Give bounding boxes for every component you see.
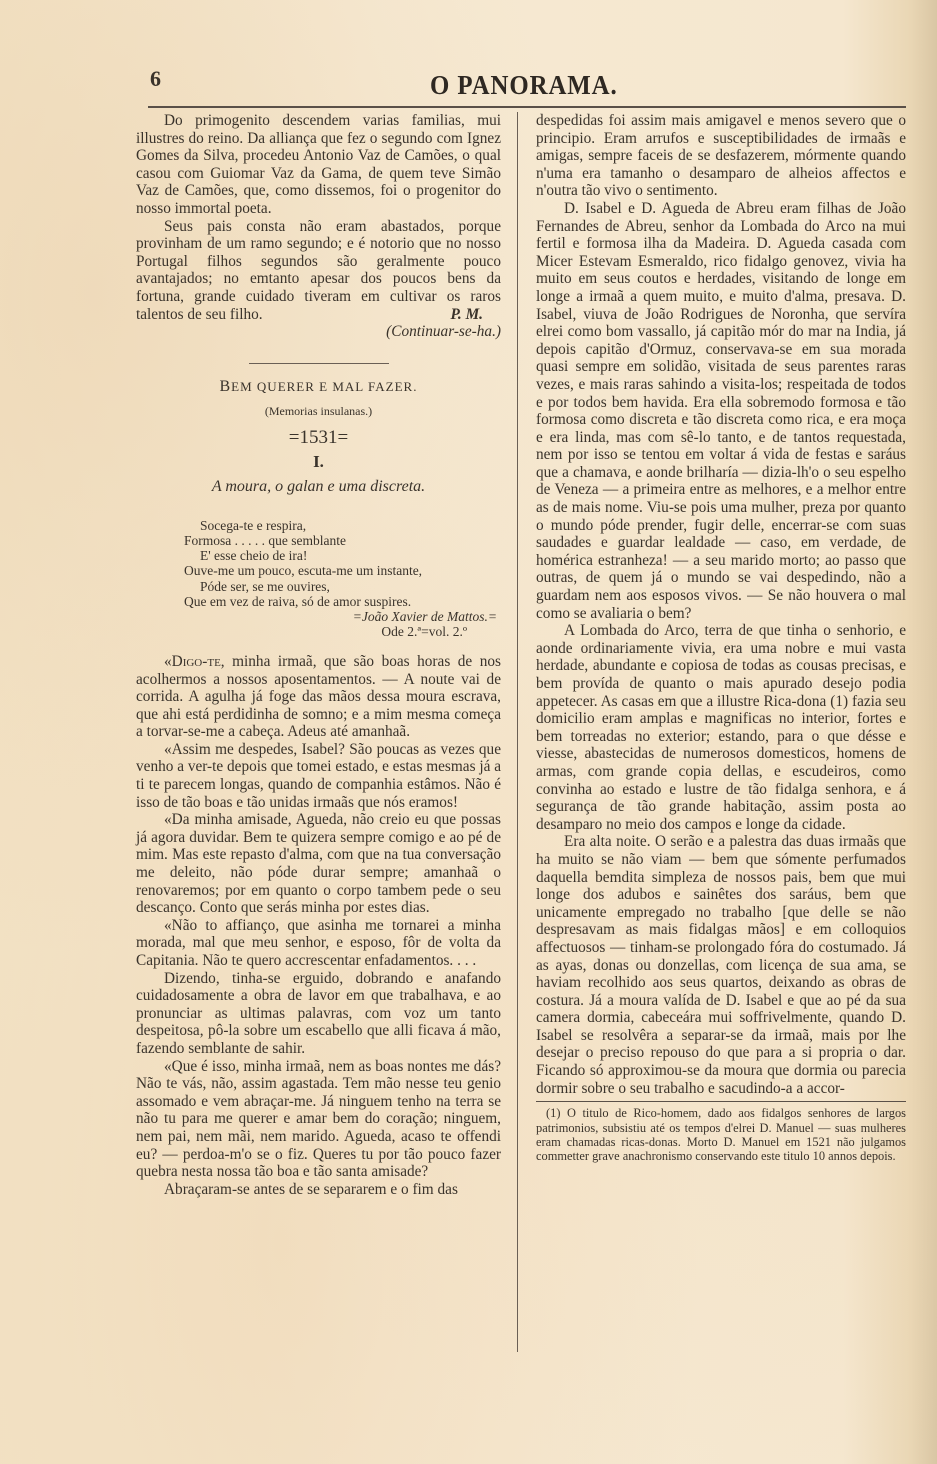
story-paragraph: «Não to affianço, que asinha me tornarei… xyxy=(136,917,501,970)
footnote-text: (1) O titulo de Rico-homem, dado aos fid… xyxy=(536,1106,906,1164)
page-number: 6 xyxy=(150,66,161,92)
poem-line: Póde ser, se me ouvires, xyxy=(184,579,501,594)
story-title: BEM QUERER E MAL FAZER. xyxy=(136,378,501,396)
story-title-initial: B xyxy=(220,378,232,395)
article-paragraph: Do primogenito descendem varias familias… xyxy=(136,112,501,218)
header-rule xyxy=(148,106,906,108)
story-paragraph: «Que é isso, minha irmaã, nem as boas no… xyxy=(136,1058,501,1181)
poem-line: Ouve-me um pouco, escuta-me um instante, xyxy=(184,563,501,578)
epigraph-author: =João Xavier de Mattos.= xyxy=(136,609,501,624)
epigraph-reference: Ode 2.ª=vol. 2.º xyxy=(136,624,501,639)
footnote-rule xyxy=(536,1101,906,1102)
masthead-title: O PANORAMA. xyxy=(430,70,618,101)
chapter-number: I. xyxy=(136,453,501,471)
story-title-rest: EM QUERER E MAL FAZER. xyxy=(231,379,417,394)
section-separator xyxy=(249,363,389,364)
story-paragraph: Era alta noite. O serão e a palestra das… xyxy=(536,833,906,1097)
column-divider xyxy=(517,112,518,1352)
story-paragraph: A Lombada do Arco, terra de que tinha o … xyxy=(536,622,906,833)
story-paragraph: «Da minha amisade, Agueda, não creio eu … xyxy=(136,811,501,917)
story-paragraph: Dizendo, tinha-se erguido, dobrando e an… xyxy=(136,970,501,1058)
continuation-note: (Continuar-se-ha.) xyxy=(136,323,501,341)
story-year: =1531= xyxy=(136,429,501,447)
left-column: Do primogenito descendem varias familias… xyxy=(136,112,501,1198)
chapter-heading: A moura, o galan e uma discreta. xyxy=(136,478,501,496)
poem-line: E' esse cheio de ira! xyxy=(184,548,501,563)
story-paragraph: «Digo-te, minha irmaã, que são boas hora… xyxy=(136,653,501,741)
right-column: despedidas foi assim mais amigavel e men… xyxy=(536,112,906,1164)
newspaper-page: 6 O PANORAMA. Do primogenito descendem v… xyxy=(0,0,937,1464)
story-paragraph: Abraçaram-se antes de se separarem e o f… xyxy=(136,1181,501,1199)
story-paragraph: «Assim me despedes, Isabel? São poucas a… xyxy=(136,741,501,811)
footnote: (1) O titulo de Rico-homem, dado aos fid… xyxy=(536,1106,906,1164)
poem-line: Que em vez de raiva, só de amor suspires… xyxy=(184,594,501,609)
story-paragraph: D. Isabel e D. Agueda de Abreu eram filh… xyxy=(536,200,906,622)
poem-line: Formosa . . . . . que semblante xyxy=(184,533,501,548)
story-subtitle: (Memorias insulanas.) xyxy=(136,403,501,421)
story-paragraph: despedidas foi assim mais amigavel e men… xyxy=(536,112,906,200)
epigraph-poem: Socega-te e respira, Formosa . . . . . q… xyxy=(136,518,501,609)
dialogue-opening: Digo-te xyxy=(172,653,221,670)
poem-line: Socega-te e respira, xyxy=(184,518,501,533)
